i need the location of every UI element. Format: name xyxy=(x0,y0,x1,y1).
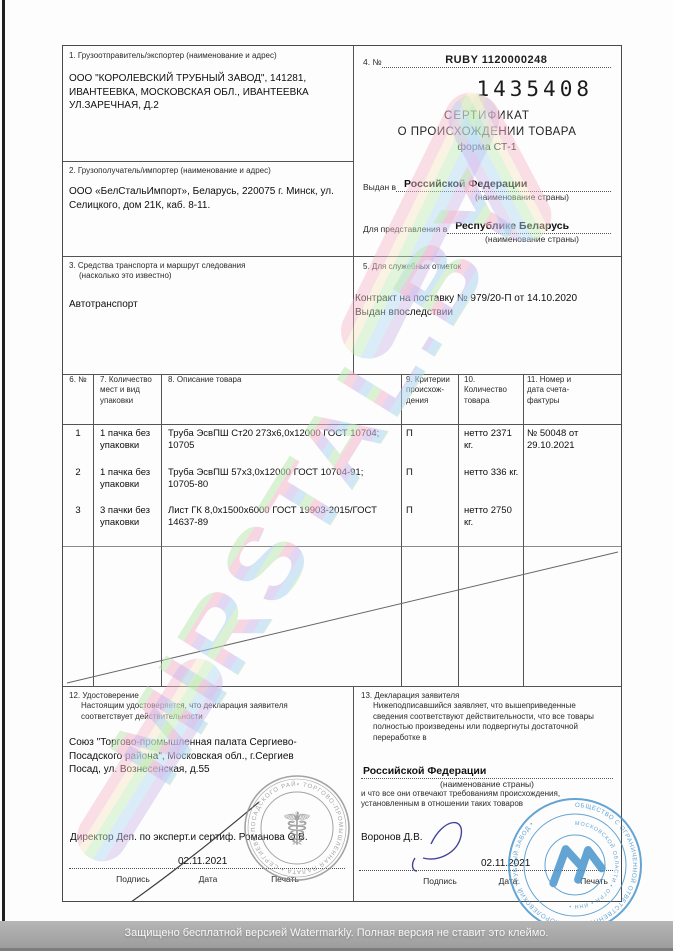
goods-row: 3 3 пачки без упаковки Лист ГК 8,0х1500х… xyxy=(63,505,621,529)
issued-note: (наименование страны) xyxy=(433,192,611,202)
exporter-label: 1. Грузоотправитель/экспортер (наименова… xyxy=(69,51,347,61)
transport-value: Автотранспорт xyxy=(69,298,347,312)
row-invoice xyxy=(523,505,621,529)
presented-label: Для представления в xyxy=(363,224,447,234)
row-no: 2 xyxy=(63,467,93,491)
header-amount: 10. Количество товара xyxy=(458,375,523,406)
row-criteria: П xyxy=(401,428,458,452)
certificate-number: RUBY 1120000248 xyxy=(382,54,611,68)
signature-stroke xyxy=(353,686,621,901)
box-certificate-head: 4. № RUBY 1120000248 1435408 СЕРТИФИКАТ … xyxy=(353,46,621,256)
presented-note: (наименование страны) xyxy=(453,234,611,244)
importer-value: ООО «БелСтальИмпорт», Беларусь, 220075 г… xyxy=(69,185,347,212)
row-invoice xyxy=(523,467,621,491)
box-official-marks: 5. Для служебных отметок Контракт на пос… xyxy=(353,256,621,374)
contract-note: Контракт на поставку № 979/20-П от 14.10… xyxy=(355,292,617,306)
row-amount: нетто 2750 кг. xyxy=(458,505,523,529)
row-no: 1 xyxy=(63,428,93,452)
header-no: 6. № xyxy=(63,375,93,406)
goods-row: 2 1 пачка без упаковки Труба ЭсвПШ 57х3,… xyxy=(63,467,621,491)
row-qty: 1 пачка без упаковки xyxy=(93,428,161,452)
form-serial-number: 1435408 xyxy=(363,77,593,101)
scanned-certificate-page: 1. Грузоотправитель/экспортер (наименова… xyxy=(0,0,673,951)
official-marks-label: 5. Для служебных отметок xyxy=(363,262,617,272)
watermark-footer-bar: Защищено бесплатной версией Watermarkly.… xyxy=(0,921,673,951)
row-description: Труба ЭсвПШ 57х3,0х12000 ГОСТ 10704-91; … xyxy=(161,467,401,491)
row-invoice: № 50048 от 29.10.2021 xyxy=(523,428,621,452)
box-transport: 3. Средства транспорта и маршрут следова… xyxy=(63,256,353,374)
certificate-form: 1. Грузоотправитель/экспортер (наименова… xyxy=(62,45,622,902)
box-certification: 12. Удостоверение Настоящим удостоверяет… xyxy=(63,686,353,901)
scan-edge-artifact xyxy=(2,0,5,921)
certificate-title: СЕРТИФИКАТ О ПРОИСХОЖДЕНИИ ТОВАРА форма … xyxy=(363,109,611,154)
importer-label: 2. Грузополучатель/импортер (наименовани… xyxy=(69,166,347,176)
row-description: Лист ГК 8,0х1500х6000 ГОСТ 19903-2015/ГО… xyxy=(161,505,401,529)
watermark-footer-text: Защищено бесплатной версией Watermarkly.… xyxy=(0,927,673,939)
signature-stroke xyxy=(63,686,353,901)
row-criteria: П xyxy=(401,467,458,491)
cancellation-strike xyxy=(63,546,621,686)
header-description: 8. Описание товара xyxy=(161,375,401,406)
transport-label: 3. Средства транспорта и маршрут следова… xyxy=(69,261,347,271)
title-line-1: СЕРТИФИКАТ xyxy=(363,109,611,125)
header-invoice: 11. Номер и дата счета- фактуры xyxy=(523,375,621,406)
exporter-value: ООО "КОРОЛЕВСКИЙ ТРУБНЫЙ ЗАВОД", 141281,… xyxy=(69,72,347,113)
certificate-number-line: 4. № RUBY 1120000248 xyxy=(363,54,611,68)
box-declaration: 13. Декларация заявителя Нижеподписавший… xyxy=(353,686,621,901)
issued-in-line: Выдан в Российской Федерации xyxy=(363,178,611,192)
title-line-2: О ПРОИСХОЖДЕНИИ ТОВАРА xyxy=(363,125,611,141)
presented-country: Республике Беларусь xyxy=(447,220,611,234)
issued-label: Выдан в xyxy=(363,182,396,192)
box-importer: 2. Грузополучатель/импортер (наименовани… xyxy=(63,161,353,256)
goods-table-header: 6. № 7. Количество мест и вид упаковки 8… xyxy=(63,375,621,406)
row-description: Труба ЭсвПШ Ст20 273х6,0х12000 ГОСТ 1070… xyxy=(161,428,401,452)
row-amount: нетто 2371 кг. xyxy=(458,428,523,452)
transport-label-2: (насколько это известно) xyxy=(69,271,347,281)
issued-country: Российской Федерации xyxy=(396,178,611,192)
goods-row: 1 1 пачка без упаковки Труба ЭсвПШ Ст20 … xyxy=(63,428,621,452)
divider xyxy=(63,424,621,425)
number-label: 4. № xyxy=(363,57,382,68)
row-qty: 3 пачки без упаковки xyxy=(93,505,161,529)
header-qty: 7. Количество мест и вид упаковки xyxy=(93,375,161,406)
title-line-3: форма СТ-1 xyxy=(363,140,611,154)
header-criteria: 9. Критерии происхож- дения xyxy=(401,375,458,406)
issued-later-note: Выдан впоследствии xyxy=(355,306,617,320)
box-exporter: 1. Грузоотправитель/экспортер (наименова… xyxy=(63,46,353,161)
row-qty: 1 пачка без упаковки xyxy=(93,467,161,491)
row-no: 3 xyxy=(63,505,93,529)
presented-in-line: Для представления в Республике Беларусь xyxy=(363,220,611,234)
row-criteria: П xyxy=(401,505,458,529)
row-amount: нетто 336 кг. xyxy=(458,467,523,491)
